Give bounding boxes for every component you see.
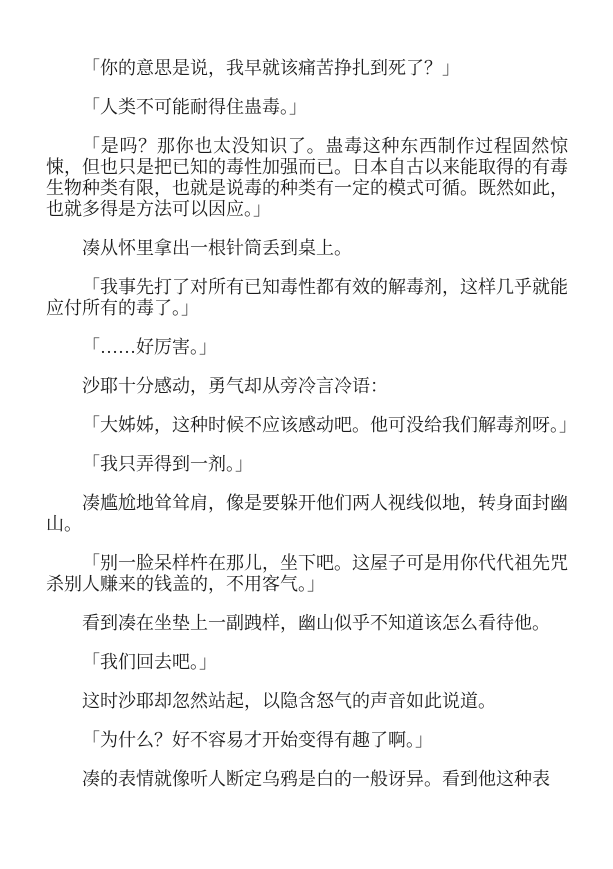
paragraph: 凑从怀里拿出一根针筒丢到桌上。 bbox=[46, 238, 568, 259]
paragraph: 这时沙耶却忽然站起，以隐含怒气的声音如此说道。 bbox=[46, 691, 568, 712]
paragraph: 「我事先打了对所有已知毒性都有效的解毒剂，这样几乎就能应付所有的毒了。」 bbox=[46, 277, 568, 319]
paragraph: 「我只弄得到一剂。」 bbox=[46, 454, 568, 475]
paragraph: 看到凑在坐垫上一副跩样，幽山似乎不知道该怎么看待他。 bbox=[46, 613, 568, 634]
paragraph: 「是吗？那你也太没知识了。蛊毒这种东西制作过程固然惊悚，但也只是把已知的毒性加强… bbox=[46, 136, 568, 220]
paragraph: 沙耶十分感动，勇气却从旁冷言冷语： bbox=[46, 376, 568, 397]
paragraph: 「别一脸呆样杵在那儿，坐下吧。这屋子可是用你代代祖先咒杀别人赚来的钱盖的，不用客… bbox=[46, 553, 568, 595]
paragraph: 凑尴尬地耸耸肩，像是要躲开他们两人视线似地，转身面封幽山。 bbox=[46, 493, 568, 535]
paragraph: 「大姊姊，这种时候不应该感动吧。他可没给我们解毒剂呀。」 bbox=[46, 415, 568, 436]
paragraph: 「你的意思是说，我早就该痛苦挣扎到死了？」 bbox=[46, 58, 568, 79]
paragraph: 「我们回去吧。」 bbox=[46, 652, 568, 673]
paragraph: 凑的表情就像听人断定乌鸦是白的一般讶异。看到他这种表 bbox=[46, 769, 568, 790]
paragraph: 「为什么？好不容易才开始变得有趣了啊。」 bbox=[46, 730, 568, 751]
novel-page: 「你的意思是说，我早就该痛苦挣扎到死了？」 「人类不可能耐得住蛊毒。」 「是吗？… bbox=[0, 0, 613, 869]
paragraph: 「……好厉害。」 bbox=[46, 337, 568, 358]
paragraph: 「人类不可能耐得住蛊毒。」 bbox=[46, 97, 568, 118]
